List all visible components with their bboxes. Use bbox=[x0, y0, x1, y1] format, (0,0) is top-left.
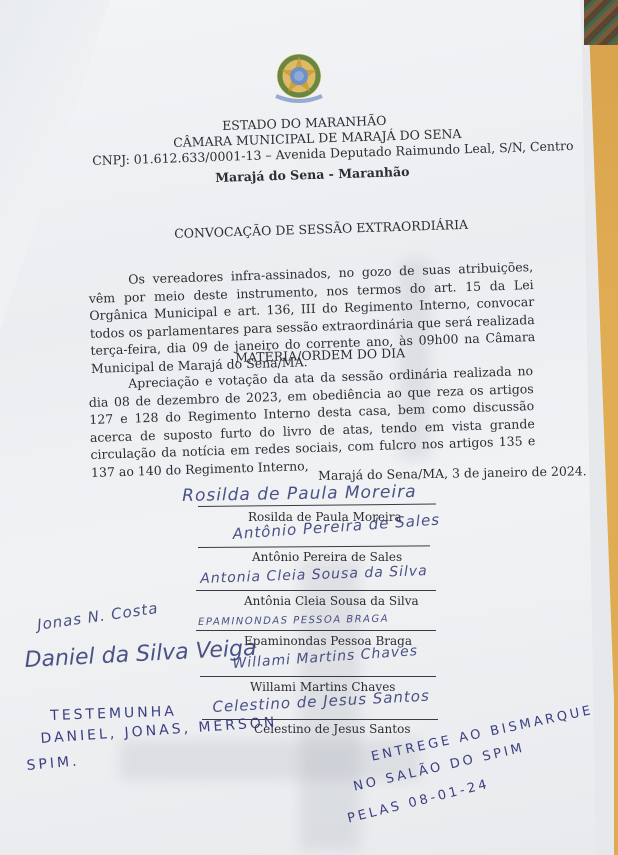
signature-line bbox=[200, 676, 436, 677]
brazil-coat-of-arms-icon bbox=[268, 48, 330, 110]
signature-line bbox=[196, 590, 436, 591]
agenda-paragraph: Apreciação e votação da ata da sessão or… bbox=[88, 362, 536, 481]
signatory-name-antonia: Antônia Cleia Sousa da Silva bbox=[244, 594, 419, 608]
agenda-text: Apreciação e votação da ata da sessão or… bbox=[88, 362, 536, 481]
background-patterned-object bbox=[584, 0, 618, 45]
signature-line bbox=[196, 630, 436, 631]
signatory-name-antonio: Antônio Pereira de Sales bbox=[252, 550, 402, 564]
signature-rosilda: Rosilda de Paula Moreira bbox=[182, 482, 417, 506]
